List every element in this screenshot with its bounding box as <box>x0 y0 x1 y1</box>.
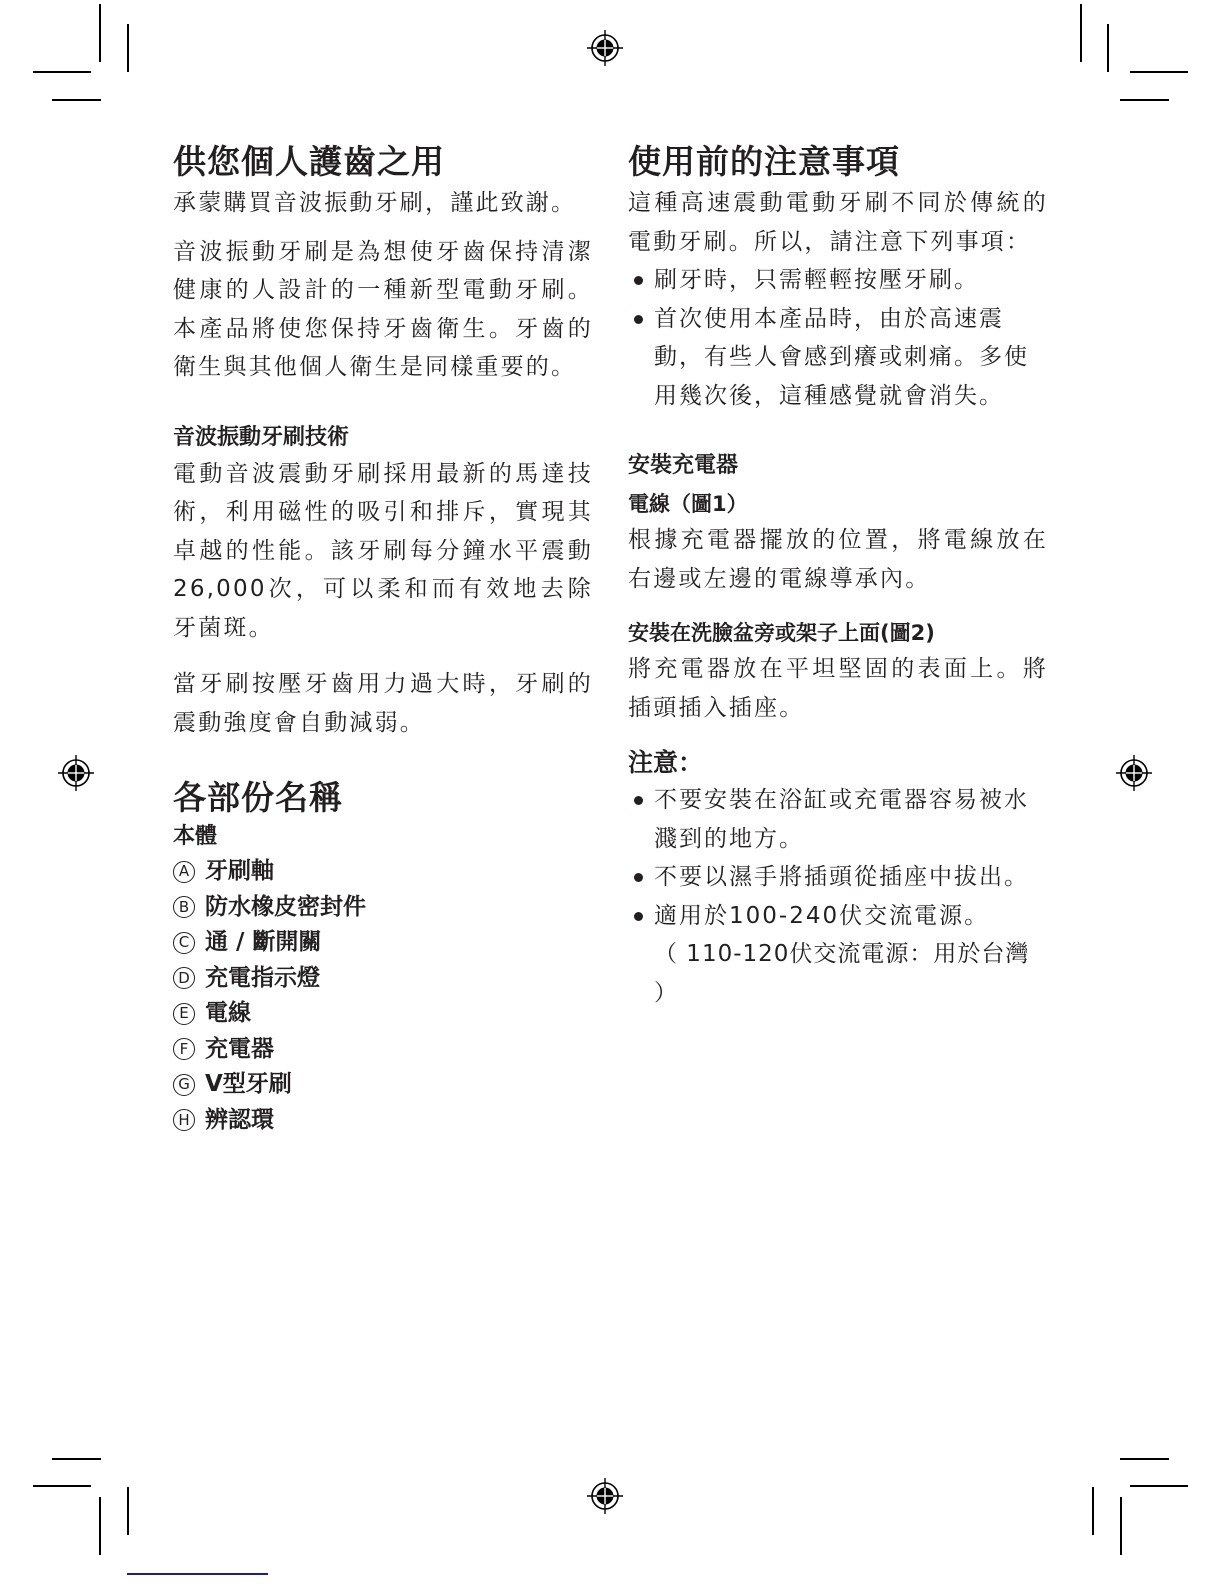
part-item: D充電指示燈 <box>173 961 593 997</box>
part-item: E電線 <box>173 996 593 1032</box>
bullet-icon <box>634 315 643 324</box>
bullet-icon <box>634 873 643 882</box>
circled-letter-icon: H <box>173 1109 195 1131</box>
precautions-list: 刷牙時，只需輕輕按壓牙刷。 首次使用本產品時，由於高速震動，有些人會感到癢或刺痛… <box>628 261 1048 415</box>
crop-mark <box>99 4 101 62</box>
registration-mark-right-icon <box>1114 753 1154 793</box>
precautions-intro: 這種高速震動電動牙刷不同於傳統的電動牙刷。所以，請注意下列事項： <box>628 184 1048 261</box>
crop-mark <box>1130 1485 1188 1487</box>
left-column: 供您個人護齒之用 承蒙購買音波振動牙刷，謹此致謝。 音波振動牙刷是為想使牙齒保持… <box>173 140 593 1138</box>
circled-letter-icon: D <box>173 967 195 989</box>
crop-mark <box>1107 24 1109 72</box>
section-title: 安裝充電器 <box>628 449 1048 483</box>
registration-mark-left-icon <box>56 753 96 793</box>
circled-letter-icon: B <box>173 896 195 918</box>
crop-mark <box>1130 71 1188 73</box>
crop-mark <box>127 24 129 72</box>
bullet-item: 首次使用本產品時，由於高速震動，有些人會感到癢或刺痛。多使用幾次後，這種感覺就會… <box>628 300 1048 416</box>
bullet-item: 適用於100-240伏交流電源。 <box>628 897 1048 936</box>
section-title: 音波振動牙刷技術 <box>173 421 593 455</box>
thanks-paragraph: 承蒙購買音波振動牙刷，謹此致謝。 <box>173 184 593 223</box>
crop-mark <box>99 1497 101 1555</box>
charger-install-section: 安裝充電器 電線（圖1） 根據充電器擺放的位置，將電線放在右邊或左邊的電線導承內… <box>628 449 1048 727</box>
part-item: A牙刷軸 <box>173 854 593 890</box>
taiwan-voltage-note: （ 110-120伏交流電源：用於台灣 ） <box>628 935 1048 1012</box>
circled-letter-icon: A <box>173 861 195 883</box>
crop-mark <box>52 1458 101 1460</box>
precautions-section: 使用前的注意事項 這種高速震動電動牙刷不同於傳統的電動牙刷。所以，請注意下列事項… <box>628 140 1048 415</box>
bullet-item: 不要安裝在浴缸或充電器容易被水濺到的地方。 <box>628 781 1048 858</box>
circled-letter-icon: G <box>173 1074 195 1096</box>
cord-heading: 電線（圖1） <box>628 487 1048 521</box>
section-title: 供您個人護齒之用 <box>173 140 593 184</box>
caution-list: 不要安裝在浴缸或充電器容易被水濺到的地方。 不要以濕手將插頭從插座中拔出。 適用… <box>628 781 1048 935</box>
registration-mark-bottom-icon <box>585 1476 625 1516</box>
part-item: H辨認環 <box>173 1103 593 1139</box>
crop-mark <box>1092 1487 1094 1535</box>
bottom-rule <box>127 1573 268 1575</box>
part-item: GV型牙刷 <box>173 1067 593 1103</box>
registration-mark-top-icon <box>585 28 625 68</box>
part-item: F充電器 <box>173 1032 593 1068</box>
crop-mark <box>1120 1458 1169 1460</box>
crop-mark <box>52 99 101 101</box>
intro-paragraph: 音波振動牙刷是為想使牙齒保持清潔健康的人設計的一種新型電動牙刷。本產品將使您保持… <box>173 233 593 387</box>
crop-mark <box>127 1487 129 1535</box>
bullet-item: 不要以濕手將插頭從插座中拔出。 <box>628 858 1048 897</box>
crop-mark <box>33 71 91 73</box>
circled-letter-icon: C <box>173 932 195 954</box>
technology-section: 音波振動牙刷技術 電動音波震動牙刷採用最新的馬達技術，利用磁性的吸引和排斥，實現… <box>173 421 593 743</box>
crop-mark <box>1120 1497 1122 1555</box>
mount-text: 將充電器放在平坦堅固的表面上。將插頭插入插座。 <box>628 650 1048 727</box>
parts-subtitle: 本體 <box>173 820 593 854</box>
circled-letter-icon: E <box>173 1003 195 1025</box>
bullet-icon <box>634 276 643 285</box>
section-title: 各部份名稱 <box>173 776 593 820</box>
bullet-icon <box>634 912 643 921</box>
part-item: B防水橡皮密封件 <box>173 890 593 926</box>
caution-section: 注意： 不要安裝在浴缸或充電器容易被水濺到的地方。 不要以濕手將插頭從插座中拔出… <box>628 745 1048 1012</box>
part-item: C通 / 斷開關 <box>173 925 593 961</box>
technology-paragraph: 電動音波震動牙刷採用最新的馬達技術，利用磁性的吸引和排斥，實現其卓越的性能。該牙… <box>173 455 593 648</box>
mount-heading: 安裝在洗臉盆旁或架子上面(圖2) <box>628 616 1048 650</box>
parts-section: 各部份名稱 本體 A牙刷軸 B防水橡皮密封件 C通 / 斷開關 D充電指示燈 E… <box>173 776 593 1138</box>
pressure-paragraph: 當牙刷按壓牙齒用力過大時，牙刷的震動強度會自動減弱。 <box>173 665 593 742</box>
right-column: 使用前的注意事項 這種高速震動電動牙刷不同於傳統的電動牙刷。所以，請注意下列事項… <box>628 140 1048 1012</box>
circled-letter-icon: F <box>173 1038 195 1060</box>
cord-text: 根據充電器擺放的位置，將電線放在右邊或左邊的電線導承內。 <box>628 521 1048 598</box>
bullet-icon <box>634 796 643 805</box>
crop-mark <box>1120 99 1169 101</box>
crop-mark <box>33 1485 91 1487</box>
crop-mark <box>1080 4 1082 62</box>
section-title: 使用前的注意事項 <box>628 140 1048 184</box>
personal-care-section: 供您個人護齒之用 承蒙購買音波振動牙刷，謹此致謝。 音波振動牙刷是為想使牙齒保持… <box>173 140 593 387</box>
section-title: 注意： <box>628 745 1048 781</box>
parts-list: A牙刷軸 B防水橡皮密封件 C通 / 斷開關 D充電指示燈 E電線 F充電器 G… <box>173 854 593 1138</box>
bullet-item: 刷牙時，只需輕輕按壓牙刷。 <box>628 261 1048 300</box>
